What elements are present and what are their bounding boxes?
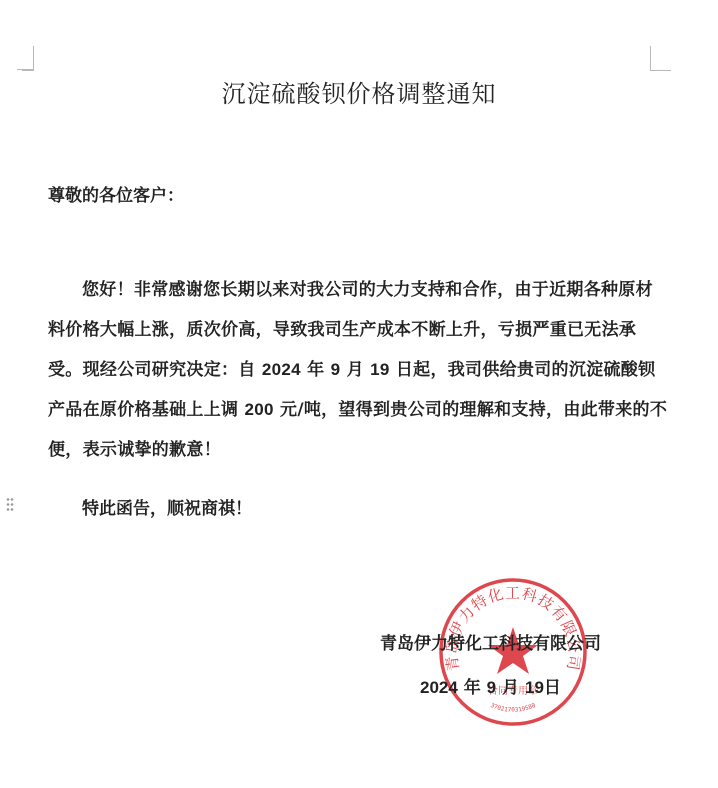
drag-handle-icon[interactable] [6,497,14,513]
signature-date: 2024 年 9 月 19日 [420,673,561,698]
margin-mark-top-left [22,46,34,71]
effective-day: 19 [370,360,390,379]
closing-line: 特此函告，顺祝商祺！ [82,494,252,519]
date-unit: 年 [458,678,487,698]
body-paragraph: 您好！非常感谢您长期以来对我公司的大力支持和合作，由于近期各种原材料价格大幅上涨… [48,270,668,470]
date-month: 9 [487,678,496,697]
seal-serial: 3702170319580 [489,702,537,714]
price-increase: 200 [245,400,274,419]
svg-text:3702170319580: 3702170319580 [489,702,537,714]
margin-mark-top-right [650,46,671,71]
signature-company: 青岛伊力特化工科技有限公司 [380,629,601,654]
date-unit: 月 [496,678,525,698]
date-year: 2024 [420,678,458,697]
body-text: 年 [301,360,331,380]
greeting: 尊敬的各位客户： [48,181,184,206]
effective-year: 2024 [262,360,301,379]
date-unit: 日 [544,678,561,698]
body-text: 月 [340,360,370,380]
effective-month: 9 [331,360,341,379]
date-day: 19 [525,678,544,697]
document-title: 沉淀硫酸钡价格调整通知 [0,74,718,109]
